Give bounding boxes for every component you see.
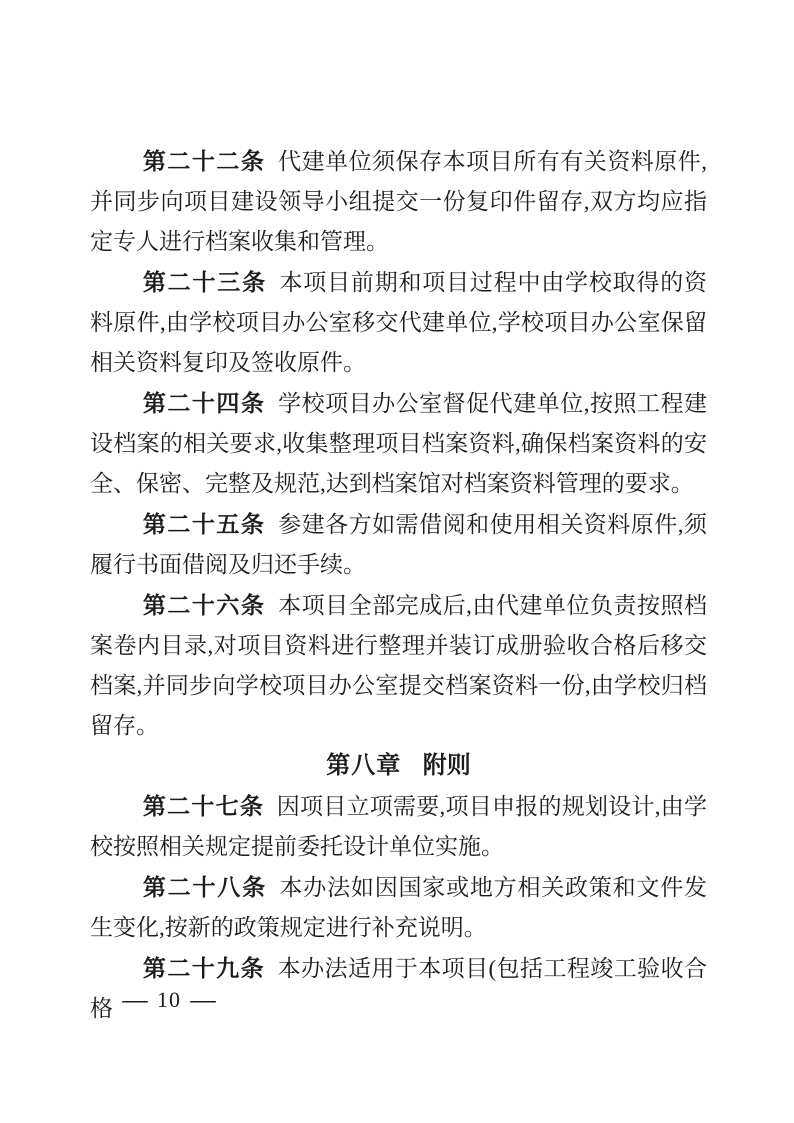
article-number: 第二十九条	[143, 955, 265, 981]
document-page: 第二十二条代建单位须保存本项目所有有关资料原件,并同步向项目建设领导小组提交一份…	[0, 0, 794, 1123]
article-paragraph: 第二十七条因项目立项需要,项目申报的规划设计,由学校按照相关规定提前委托设计单位…	[90, 786, 707, 867]
article-number: 第二十六条	[143, 592, 266, 618]
article-paragraph: 第二十六条本项目全部完成后,由代建单位负责按照档案卷内目录,对项目资料进行整理并…	[90, 585, 707, 746]
chapter-heading: 第八章附则	[90, 746, 707, 786]
article-paragraph: 第二十三条本项目前期和项目过程中由学校取得的资料原件,由学校项目办公室移交代建单…	[90, 262, 707, 383]
article-number: 第二十三条	[143, 269, 267, 295]
footer-dash-right: —	[190, 984, 215, 1016]
footer-dash-left: —	[122, 984, 147, 1016]
article-paragraph: 第二十四条学校项目办公室督促代建单位,按照工程建设档案的相关要求,收集整理项目档…	[90, 383, 707, 504]
article-paragraph: 第二十五条参建各方如需借阅和使用相关资料原件,须履行书面借阅及归还手续。	[90, 504, 707, 585]
chapter-number: 第八章	[326, 752, 401, 779]
chapter-title: 附则	[423, 752, 471, 779]
article-paragraph: 第二十二条代建单位须保存本项目所有有关资料原件,并同步向项目建设领导小组提交一份…	[90, 141, 707, 262]
article-number: 第二十七条	[143, 793, 264, 819]
article-paragraph: 第二十八条本办法如因国家或地方相关政策和文件发生变化,按新的政策规定进行补充说明…	[90, 867, 707, 948]
document-body: 第二十二条代建单位须保存本项目所有有关资料原件,并同步向项目建设领导小组提交一份…	[90, 141, 707, 1029]
article-number: 第二十四条	[143, 390, 266, 416]
article-number: 第二十二条	[143, 148, 266, 174]
page-number: 10	[157, 987, 181, 1012]
page-footer: —10—	[124, 984, 214, 1016]
article-number: 第二十八条	[143, 874, 267, 900]
article-number: 第二十五条	[143, 511, 266, 537]
